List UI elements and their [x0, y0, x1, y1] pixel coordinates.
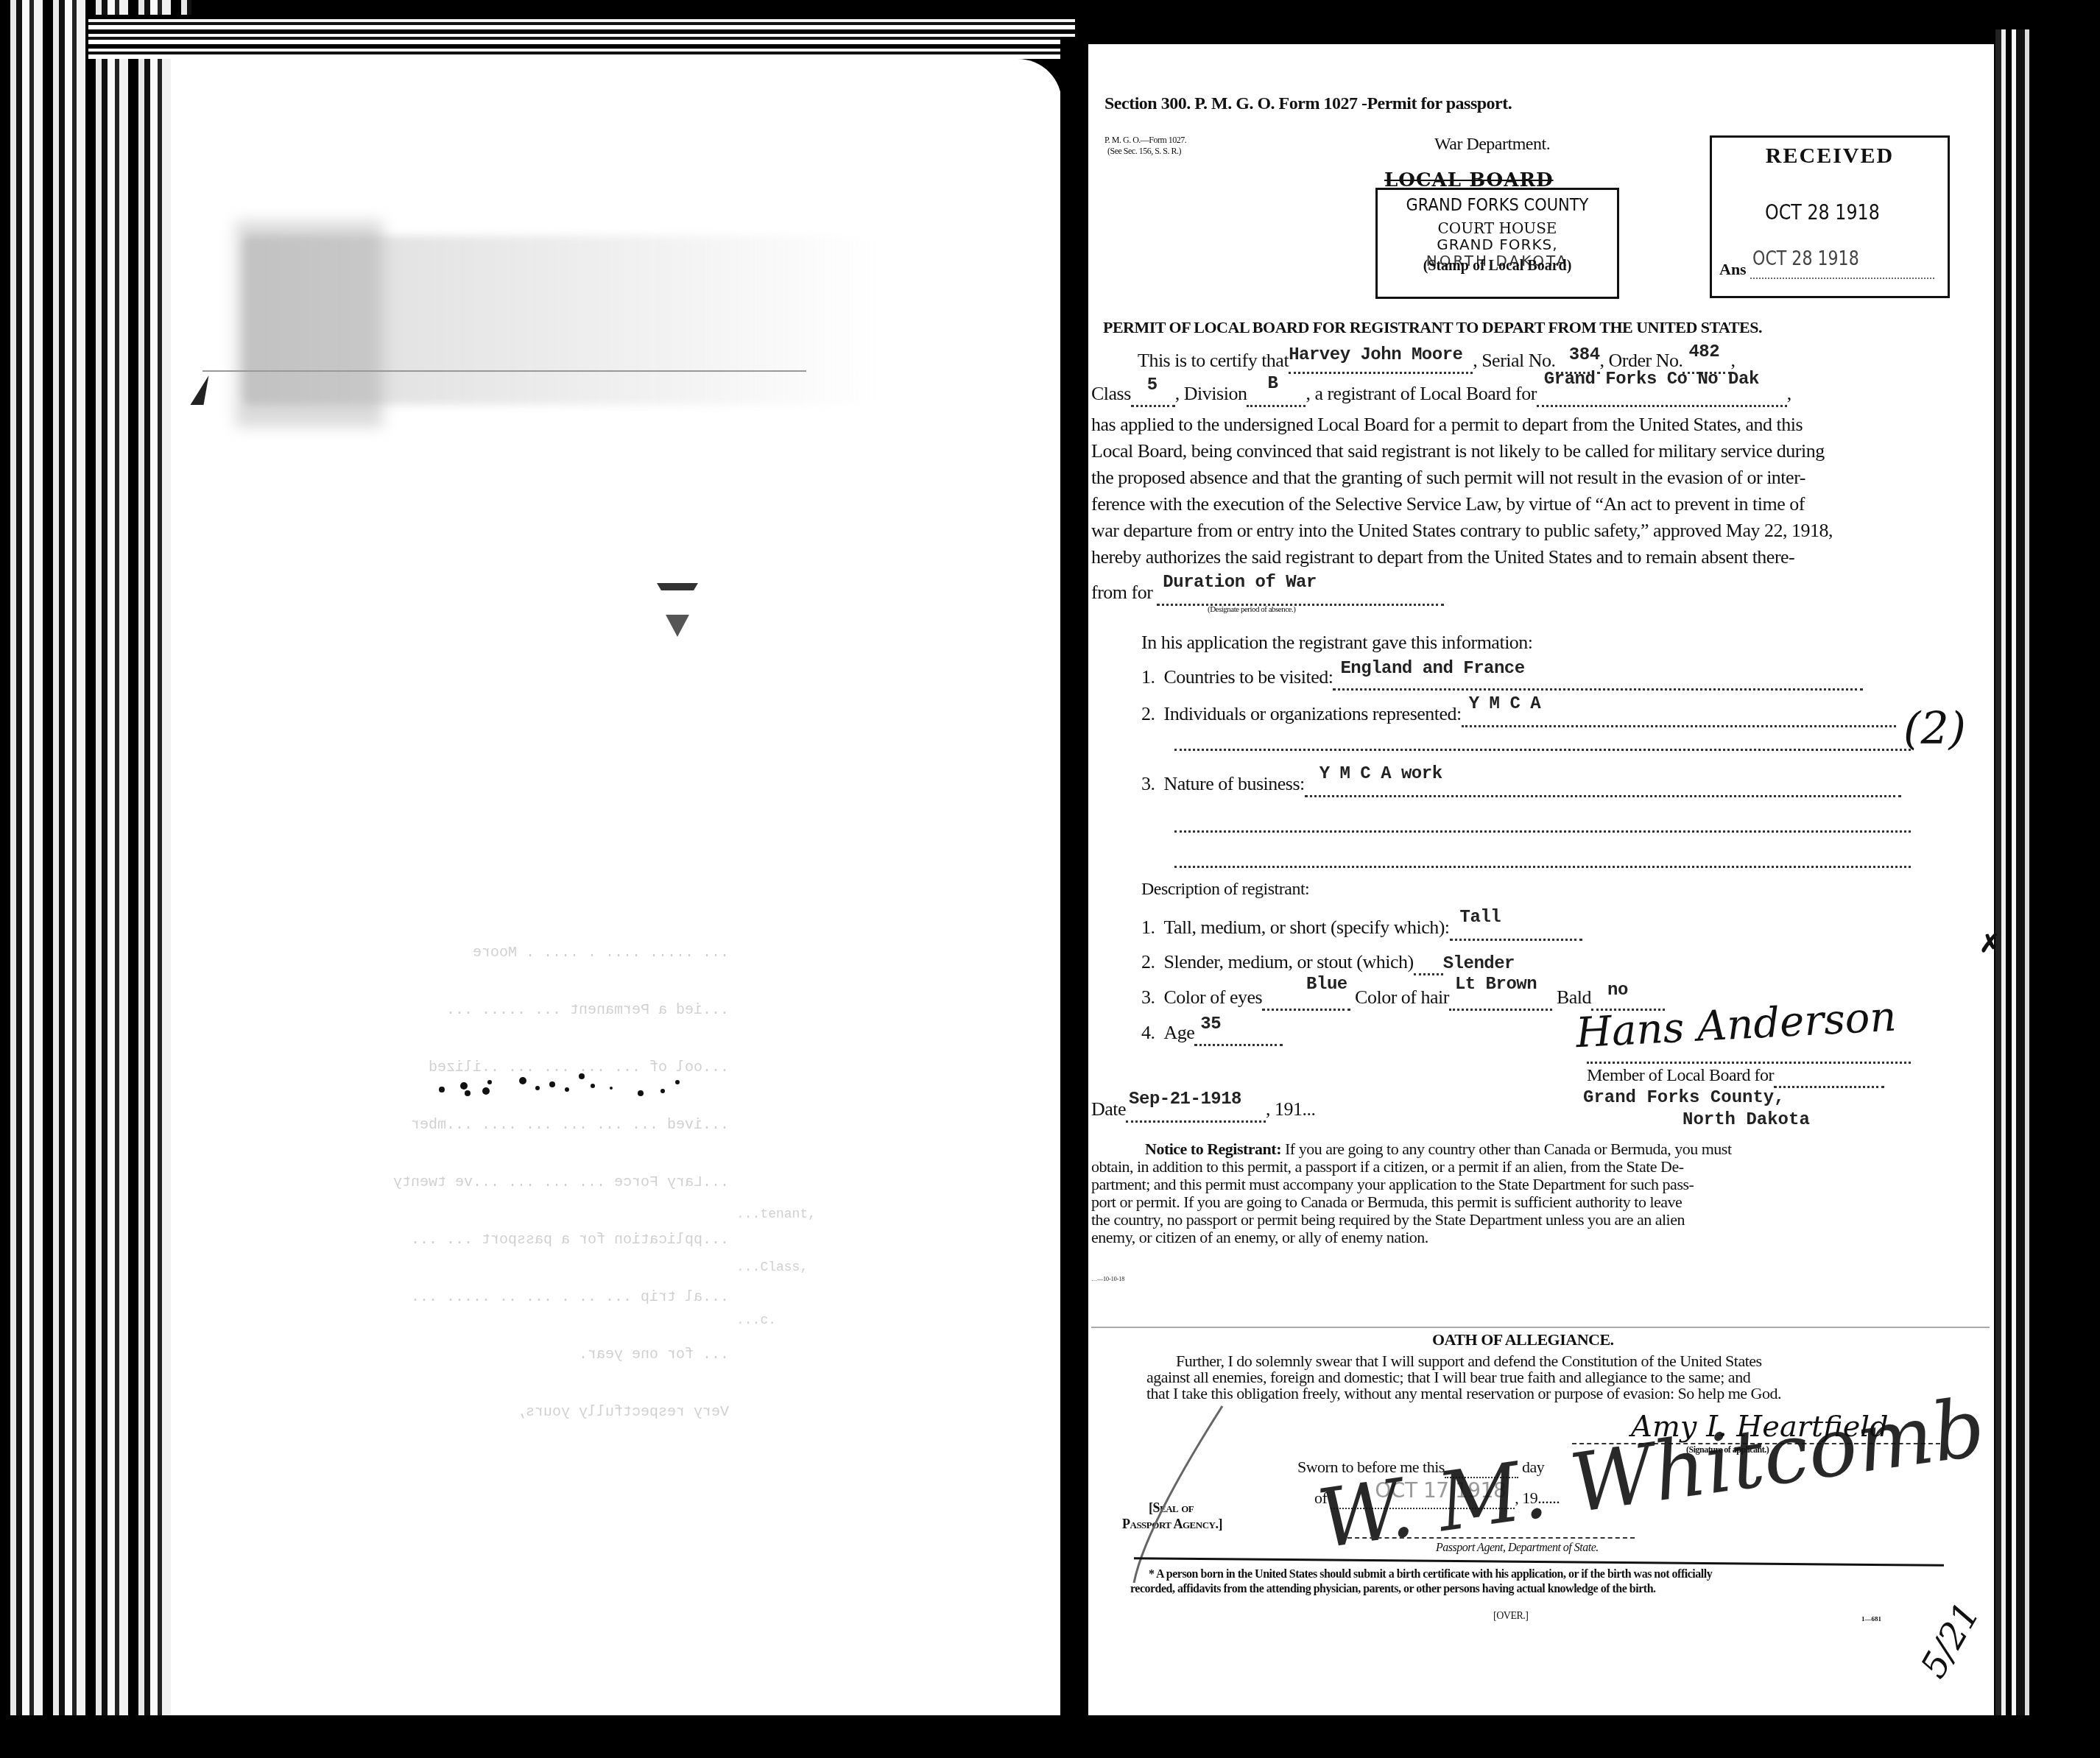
- stamp-line-city: GRAND FORKS,: [1378, 236, 1617, 253]
- division-field: B: [1247, 383, 1306, 407]
- item-number: 2.: [1141, 951, 1155, 972]
- therefrom-label: from for: [1091, 582, 1152, 603]
- received-title: RECEIVED: [1712, 144, 1948, 169]
- item-number: 3.: [1141, 986, 1155, 1008]
- stamp-line-courthouse: COURT HOUSE: [1378, 219, 1617, 237]
- business-field: Y M C A work: [1305, 773, 1901, 797]
- stamp-caption: (Stamp of Local Board): [1378, 258, 1617, 275]
- notice-line: the country, no passport or permit being…: [1091, 1210, 1685, 1229]
- build-value: Slender: [1443, 954, 1515, 974]
- ans-date: OCT 28 1918: [1752, 248, 1859, 270]
- item-label: Slender, medium, or stout (which): [1164, 951, 1414, 972]
- footnote-line: recorded, affidavits from the attending …: [1130, 1583, 1656, 1596]
- department-label: War Department.: [1434, 135, 1550, 155]
- date-line: DateSep-21-1918 , 191...: [1091, 1098, 1316, 1123]
- folded-flap-edge: [202, 370, 806, 372]
- registrant-name-field: Harvey John Moore: [1289, 350, 1473, 374]
- date-field: Sep-21-1918: [1126, 1098, 1266, 1123]
- hair-field: Lt Brown: [1449, 986, 1552, 1011]
- business-extra-line: [1174, 830, 1911, 833]
- bleed-line: Very respectfully yours,: [420, 1403, 729, 1422]
- eyes-value: Blue: [1306, 975, 1347, 995]
- local-board-field: Grand Forks Co No Dak: [1537, 383, 1787, 407]
- footnote-line: * A person born in the United States sho…: [1149, 1568, 1712, 1581]
- bald-label: Bald: [1557, 986, 1591, 1008]
- permit-paragraph-line: ference with the execution of the Select…: [1091, 493, 1805, 515]
- application-item-countries: 1. Countries to be visited:England and F…: [1141, 666, 1863, 691]
- form-code: 1—681: [1861, 1615, 1881, 1623]
- book-page-stack-left: [0, 0, 191, 1758]
- member-label: Member of Local Board for: [1587, 1066, 1884, 1088]
- order-label: , Order No.: [1600, 350, 1683, 371]
- application-intro: In his application the registrant gave t…: [1141, 632, 1533, 654]
- oath-heading: OATH OF ALLEGIANCE.: [1432, 1330, 1614, 1349]
- absence-period-field: Duration of War: [1157, 582, 1444, 606]
- business-extra-line: [1174, 866, 1911, 868]
- ans-dotted-line: [1750, 278, 1934, 279]
- class-label: Class: [1091, 383, 1131, 404]
- countries-field: England and France: [1333, 666, 1863, 691]
- division-label: , Division: [1175, 383, 1247, 404]
- agent-caption: Passport Agent, Department of State.: [1436, 1542, 1599, 1555]
- date-suffix: , 191: [1266, 1098, 1303, 1120]
- description-item-coloring: 3. Color of eyesBlue Color of hairLt Bro…: [1141, 986, 1665, 1011]
- book-page-stack-right: [1995, 29, 2100, 1758]
- notice-text: If you are going to any country other th…: [1285, 1140, 1732, 1158]
- bleed-line: ...ived ... ... ... ... .... ...mber: [420, 1116, 729, 1135]
- certify-prefix: This is to certify that: [1138, 350, 1289, 371]
- organizations-value: Y M C A: [1469, 694, 1540, 714]
- left-page-bleed-through-footer: ...tenant, ...Class, ...c.: [736, 1171, 869, 1347]
- agent-signature-line: [1347, 1537, 1635, 1539]
- countries-value: England and France: [1340, 659, 1524, 679]
- bleed-line: ... ..... .... . .... . Moore: [420, 944, 729, 963]
- bleed-line: ...c.: [736, 1312, 869, 1330]
- bleed-line: ...pplication for a passport ... ...: [420, 1231, 729, 1250]
- class-field: 5: [1131, 383, 1175, 407]
- stamp-line-county: GRAND FORKS COUNTY: [1378, 195, 1617, 214]
- local-board-value: Grand Forks Co No Dak: [1544, 370, 1759, 389]
- serial-number: 384: [1569, 345, 1600, 365]
- left-page-bleed-through: ... ..... .... . .... . Moore ...ied a P…: [420, 906, 729, 1441]
- item-label: Nature of business:: [1164, 773, 1305, 794]
- item-number: 1.: [1141, 666, 1155, 688]
- bleed-line: ...al trip ... .. . ... .. ..... ...: [420, 1288, 729, 1307]
- book-gutter: [1060, 37, 1090, 1730]
- description-item-height: 1. Tall, medium, or short (specify which…: [1141, 917, 1582, 941]
- signature-line: [1587, 1062, 1911, 1064]
- item-number: 1.: [1141, 917, 1155, 938]
- permit-heading: PERMIT OF LOCAL BOARD FOR REGISTRANT TO …: [1103, 318, 1762, 337]
- permit-paragraph-line: hereby authorizes the said registrant to…: [1091, 546, 1794, 568]
- over-label: [OVER.]: [1493, 1611, 1528, 1623]
- item-label: Countries to be visited:: [1164, 666, 1333, 688]
- bleed-line: ... for one year.: [420, 1346, 729, 1365]
- absence-caption: (Designate period of absence.): [1208, 605, 1295, 614]
- ans-label: Ans: [1719, 260, 1747, 279]
- member-dots: [1774, 1066, 1884, 1088]
- received-stamp: RECEIVED OCT 28 1918 Ans OCT 28 1918: [1710, 135, 1950, 298]
- build-dots: [1414, 951, 1443, 975]
- item-label: Age: [1164, 1022, 1195, 1043]
- bleed-through-signature-specks: [412, 1060, 692, 1104]
- permit-paragraph-line: war departure from or entry into the Uni…: [1091, 520, 1833, 542]
- absence-period: Duration of War: [1163, 573, 1317, 593]
- form-reference-section: (See Sec. 156, S. S. R.): [1107, 146, 1181, 157]
- margin-mark-icon: ✗: [1979, 929, 2001, 959]
- page-overlay-edge: [1091, 1327, 1990, 1328]
- notice-line: partment; and this permit must accompany…: [1091, 1175, 1694, 1194]
- order-number: 482: [1688, 342, 1719, 362]
- height-field: Tall: [1450, 917, 1582, 941]
- item-label: Color of eyes: [1164, 986, 1263, 1008]
- age-value: 35: [1200, 1014, 1221, 1034]
- item-label: Individuals or organizations represented…: [1164, 703, 1462, 724]
- class-line: Class5 , DivisionB , a registrant of Loc…: [1091, 383, 1791, 407]
- height-value: Tall: [1460, 908, 1501, 928]
- member-label-text: Member of Local Board for: [1587, 1066, 1774, 1085]
- board-state: North Dakota: [1683, 1110, 1810, 1130]
- board-county: Grand Forks County,: [1583, 1088, 1785, 1108]
- notice-line: port or permit. If you are going to Cana…: [1091, 1193, 1682, 1212]
- class-value: 5: [1147, 375, 1158, 395]
- form-reference: P. M. G. O.—Form 1027.: [1104, 135, 1186, 146]
- permit-paragraph-line: Local Board, being convinced that said r…: [1091, 440, 1825, 462]
- section-title: Section 300. P. M. G. O. Form 1027 -Perm…: [1104, 94, 1512, 114]
- item-number: 2.: [1141, 703, 1155, 724]
- check-mark-stroke-icon: [1127, 1399, 1274, 1590]
- registrant-name: Harvey John Moore: [1289, 345, 1462, 365]
- permit-paragraph-line: the proposed absence and that the granti…: [1091, 467, 1805, 489]
- hair-value: Lt Brown: [1455, 975, 1537, 995]
- print-code: …—10-10-18: [1091, 1276, 1124, 1282]
- date-label: Date: [1091, 1098, 1126, 1120]
- description-heading: Description of registrant:: [1141, 880, 1309, 900]
- scan-background-bottom: [0, 1715, 2100, 1758]
- date-value: Sep-21-1918: [1129, 1090, 1241, 1109]
- notice-line: Notice to Registrant: If you are going t…: [1145, 1140, 1732, 1159]
- application-item-business: 3. Nature of business:Y M C A work: [1141, 773, 1901, 797]
- left-page-smudge-band: [243, 236, 876, 405]
- item-number: 3.: [1141, 773, 1155, 794]
- age-field: 35: [1194, 1022, 1283, 1046]
- therefrom-line: from for Duration of War: [1091, 582, 1444, 606]
- notice-line: enemy, or citizen of an enemy, or ally o…: [1091, 1228, 1428, 1247]
- item-number: 4.: [1141, 1022, 1155, 1043]
- bleed-line: ...Lary Force ... ... ... ...ve twenty: [420, 1173, 729, 1193]
- margin-note: (2): [1903, 703, 1966, 755]
- received-date: OCT 28 1918: [1765, 200, 1880, 225]
- eyes-field: Blue: [1262, 986, 1350, 1011]
- organizations-extra-line: [1174, 749, 1911, 751]
- notice-line: obtain, in addition to this permit, a pa…: [1091, 1157, 1684, 1176]
- item-label: Tall, medium, or short (specify which):: [1164, 917, 1450, 938]
- serial-label: , Serial No.: [1473, 350, 1555, 371]
- bleed-line: ...tenant,: [736, 1206, 869, 1224]
- local-board-stamp: GRAND FORKS COUNTY COURT HOUSE GRAND FOR…: [1375, 188, 1619, 299]
- division-value: B: [1267, 374, 1278, 394]
- hair-label: Color of hair: [1355, 986, 1449, 1008]
- business-value: Y M C A work: [1319, 764, 1442, 784]
- description-item-build: 2. Slender, medium, or stout (which) Sle…: [1141, 951, 1515, 975]
- bleed-line: ...Class,: [736, 1259, 869, 1277]
- ink-triangle-mark-icon: [655, 574, 700, 640]
- description-item-age: 4. Age35: [1141, 1022, 1283, 1046]
- registrant-of-label: , a registrant of Local Board for: [1306, 383, 1536, 404]
- book-page-stack-top: [88, 15, 1075, 59]
- organizations-field: Y M C A: [1462, 703, 1896, 727]
- bald-value: no: [1607, 981, 1628, 1000]
- application-item-organizations: 2. Individuals or organizations represen…: [1141, 703, 1896, 727]
- permit-paragraph-line: has applied to the undersigned Local Boa…: [1091, 414, 1803, 436]
- bleed-line: ...ied a Permanent ... ..... ...: [420, 1001, 729, 1020]
- notice-heading: Notice to Registrant:: [1145, 1140, 1281, 1158]
